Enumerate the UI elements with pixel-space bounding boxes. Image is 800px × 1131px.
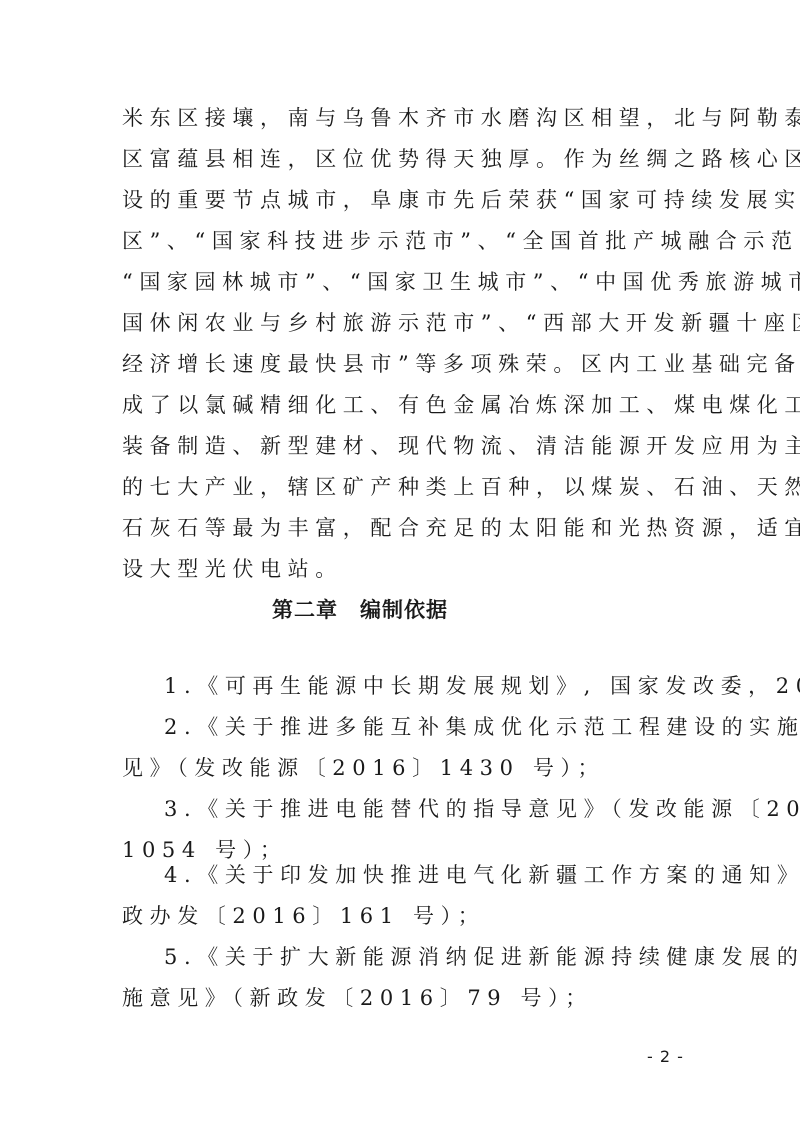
- paragraph-line: 米东区接壤，南与乌鲁木齐市水磨沟区相望，北与阿勒泰地: [122, 104, 682, 132]
- paragraph-line: 区”、“国家科技进步示范市”、“全国首批产城融合示范区”、: [122, 227, 682, 255]
- reference-item-5-cont: 施意见》（新政发〔2016〕79 号）；: [122, 984, 682, 1012]
- document-page: 米东区接壤，南与乌鲁木齐市水磨沟区相望，北与阿勒泰地 区富蕴县相连，区位优势得天…: [0, 0, 800, 1131]
- reference-item-2: 2.《关于推进多能互补集成优化示范工程建设的实施意: [164, 713, 682, 741]
- reference-item-4: 4.《关于印发加快推进电气化新疆工作方案的通知》（新: [164, 861, 682, 889]
- paragraph-line: 成了以氯碱精细化工、有色金属冶炼深加工、煤电煤化工、: [122, 391, 682, 419]
- reference-item-3-cont: 1054 号）；: [122, 836, 682, 864]
- paragraph-line: 的七大产业，辖区矿产种类上百种，以煤炭、石油、天然气、: [122, 473, 682, 501]
- reference-item-1: 1.《可再生能源中长期发展规划》, 国家发改委，2008 年 ；: [164, 672, 682, 700]
- paragraph-line: 经济增长速度最快县市”等多项殊荣。区内工业基础完备，形: [122, 350, 682, 378]
- reference-item-3: 3.《关于推进电能替代的指导意见》（发改能源〔2016〕: [164, 795, 682, 823]
- paragraph-line: 国休闲农业与乡村旅游示范市”、“西部大开发新疆十座区域: [122, 309, 682, 337]
- page-number: - 2 -: [647, 1047, 684, 1066]
- paragraph-line: 区富蕴县相连，区位优势得天独厚。作为丝绸之路核心区建: [122, 145, 682, 173]
- chapter-heading: 第二章 编制依据: [272, 594, 448, 624]
- paragraph-line: “国家园林城市”、“国家卫生城市”、“中国优秀旅游城市”、“全: [122, 268, 682, 296]
- reference-item-4-cont: 政办发〔2016〕161 号）；: [122, 902, 682, 930]
- paragraph-line: 装备制造、新型建材、现代物流、清洁能源开发应用为主导: [122, 432, 682, 460]
- paragraph-line: 石灰石等最为丰富，配合充足的太阳能和光热资源，适宜建: [122, 514, 682, 542]
- reference-item-2-cont: 见》（发改能源〔2016〕1430 号）；: [122, 754, 682, 782]
- reference-item-5: 5.《关于扩大新能源消纳促进新能源持续健康发展的实: [164, 943, 682, 971]
- paragraph-line: 设大型光伏电站。: [122, 555, 682, 583]
- paragraph-line: 设的重要节点城市，阜康市先后荣获“国家可持续发展实验: [122, 186, 682, 214]
